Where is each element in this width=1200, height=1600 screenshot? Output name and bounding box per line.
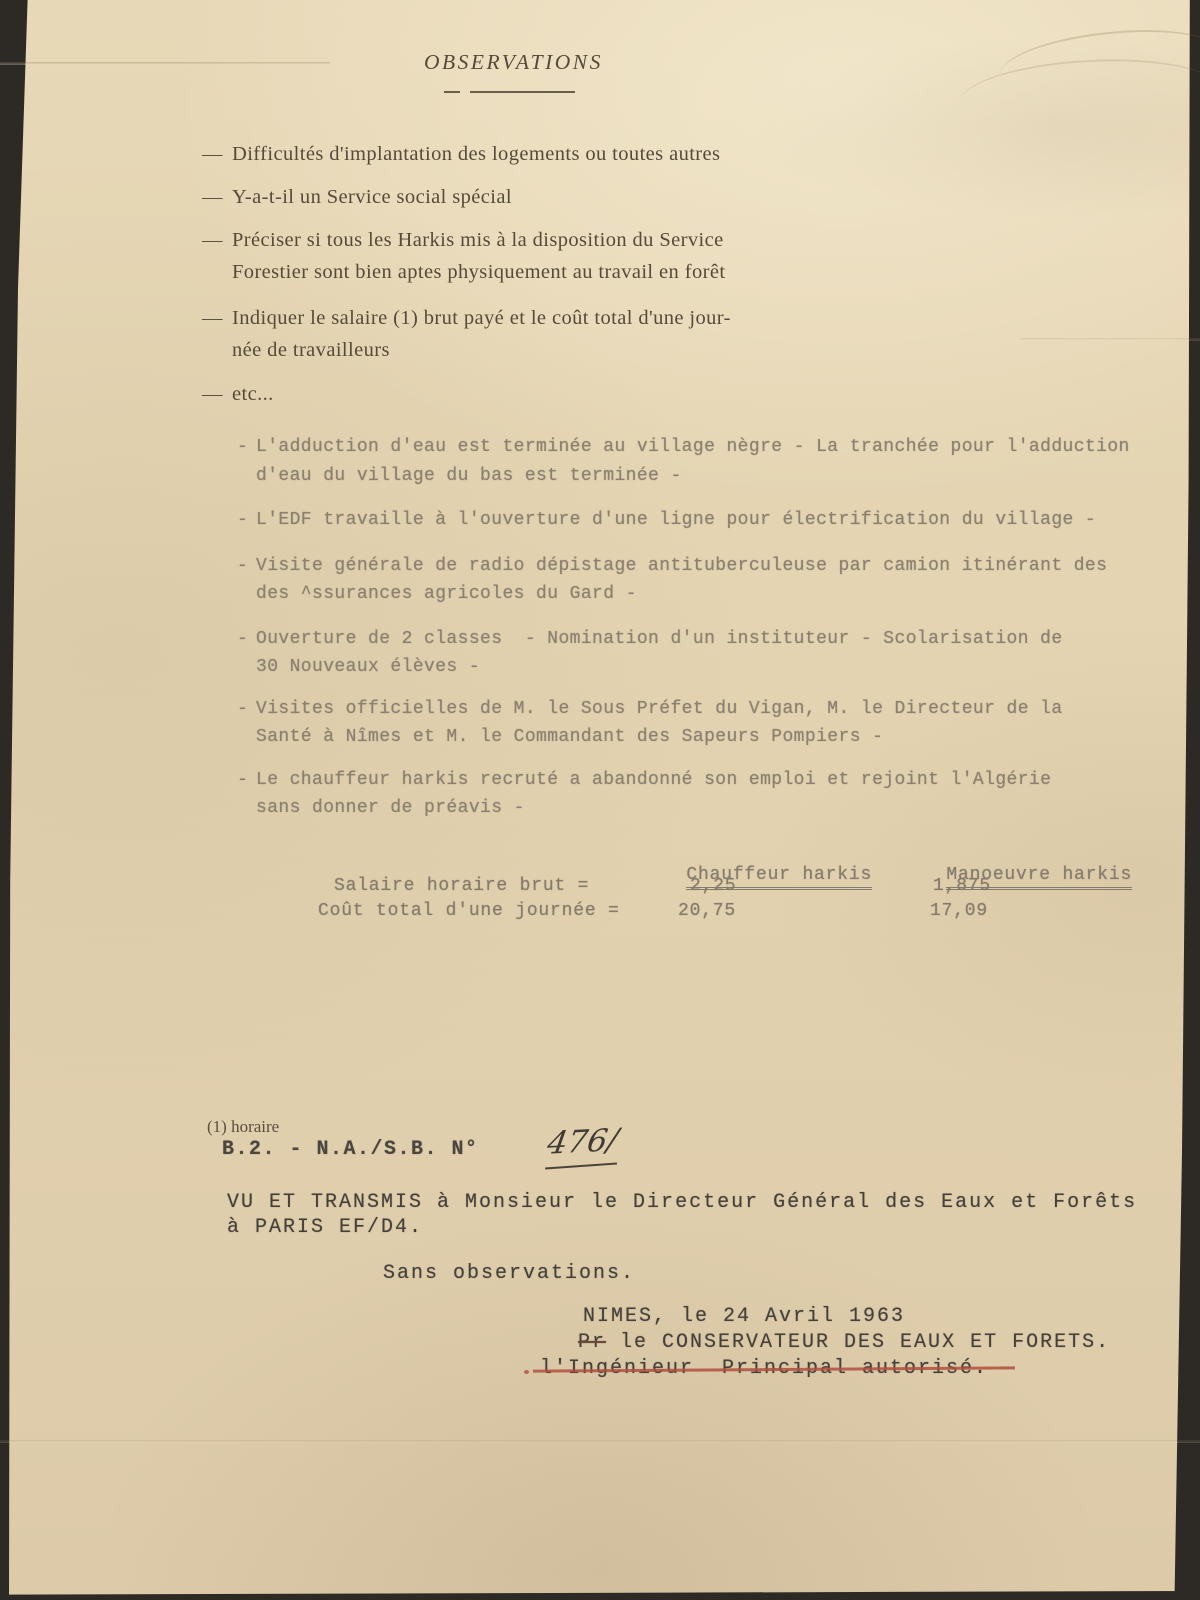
scan-edge-right — [1170, 0, 1200, 1600]
printed-item: etc... — [232, 383, 274, 406]
fold-crease — [0, 1440, 1200, 1443]
list-dash: — — [202, 383, 223, 406]
typed-dash: - — [237, 770, 248, 790]
place-date: NIMES, le 24 Avril 1963 — [583, 1305, 905, 1328]
table-row-label: Coût total d'une journée = — [318, 901, 620, 921]
typed-item: L'adduction d'eau est terminée au villag… — [256, 437, 1130, 457]
typed-dash: - — [237, 629, 248, 649]
scanned-document-page: OBSERVATIONS — Difficultés d'implantatio… — [0, 0, 1200, 1600]
page-title: OBSERVATIONS — [424, 50, 603, 75]
typed-item: Visite générale de radio dépistage antit… — [256, 556, 1107, 576]
transmittal-line: à PARIS EF/D4. — [227, 1216, 423, 1239]
typed-dash: - — [237, 556, 248, 576]
red-ink-dot — [524, 1370, 529, 1374]
typed-item: d'eau du village du bas est terminée - — [256, 466, 682, 486]
typed-item: 30 Nouveaux élèves - — [256, 657, 480, 677]
file-reference: B.2. - N.A./S.B. N° — [222, 1138, 479, 1161]
typed-dash: - — [237, 699, 248, 719]
typed-item: des ^ssurances agricoles du Gard - — [256, 584, 637, 604]
printed-item: Y-a-t-il un Service social spécial — [232, 186, 512, 209]
table-cell: 1,875 — [933, 876, 991, 896]
typed-item: sans donner de préavis - — [256, 798, 525, 818]
footnote: (1) horaire — [207, 1117, 279, 1137]
fold-crease — [0, 62, 330, 65]
table-cell: 20,75 — [678, 901, 736, 921]
no-observations-note: Sans observations. — [383, 1262, 635, 1285]
typed-item: Santé à Nîmes et M. le Commandant des Sa… — [256, 727, 883, 747]
table-cell: 2,25 — [690, 876, 736, 896]
printed-item: Indiquer le salaire (1) brut payé et le … — [232, 307, 731, 330]
typed-item: L'EDF travaille à l'ouverture d'une lign… — [256, 510, 1096, 530]
list-dash: — — [202, 307, 223, 330]
signer-line: Pr le CONSERVATEUR DES EAUX ET FORETS. — [578, 1331, 1110, 1354]
table-column-header: Manoeuvre harkis — [900, 845, 1132, 905]
printed-item: Difficultés d'implantation des logements… — [232, 143, 720, 166]
typed-item: Ouverture de 2 classes - Nomination d'un… — [256, 629, 1063, 649]
scan-edge-bottom — [0, 1588, 1200, 1600]
printed-item: Forestier sont bien aptes physiquement a… — [232, 261, 725, 284]
printed-item: Préciser si tous les Harkis mis à la dis… — [232, 229, 724, 252]
table-cell: 17,09 — [930, 901, 988, 921]
handwritten-underline — [545, 1162, 617, 1169]
scan-edge-left — [0, 0, 30, 1600]
title-underline — [444, 91, 460, 93]
typed-dash: - — [237, 437, 248, 457]
list-dash: — — [202, 186, 223, 209]
typed-item: Visites officielles de M. le Sous Préfet… — [256, 699, 1063, 719]
transmittal-line: VU ET TRANSMIS à Monsieur le Directeur G… — [227, 1191, 1137, 1214]
table-row-label: Salaire horaire brut = — [334, 876, 589, 896]
list-dash: — — [202, 143, 223, 166]
fold-crease — [1020, 338, 1200, 341]
signer-title: le CONSERVATEUR DES EAUX ET FORETS. — [606, 1331, 1110, 1354]
table-column-header: Chauffeur harkis — [640, 845, 872, 905]
struck-abbreviation: Pr — [578, 1331, 606, 1354]
printed-item: née de travailleurs — [232, 339, 390, 362]
typed-dash: - — [237, 510, 248, 530]
typed-item: Le chauffeur harkis recruté a abandonné … — [256, 770, 1051, 790]
handwritten-number: 476/ — [545, 1122, 621, 1162]
list-dash: — — [202, 229, 223, 252]
fold-crease — [958, 53, 1200, 139]
title-underline — [470, 91, 575, 93]
